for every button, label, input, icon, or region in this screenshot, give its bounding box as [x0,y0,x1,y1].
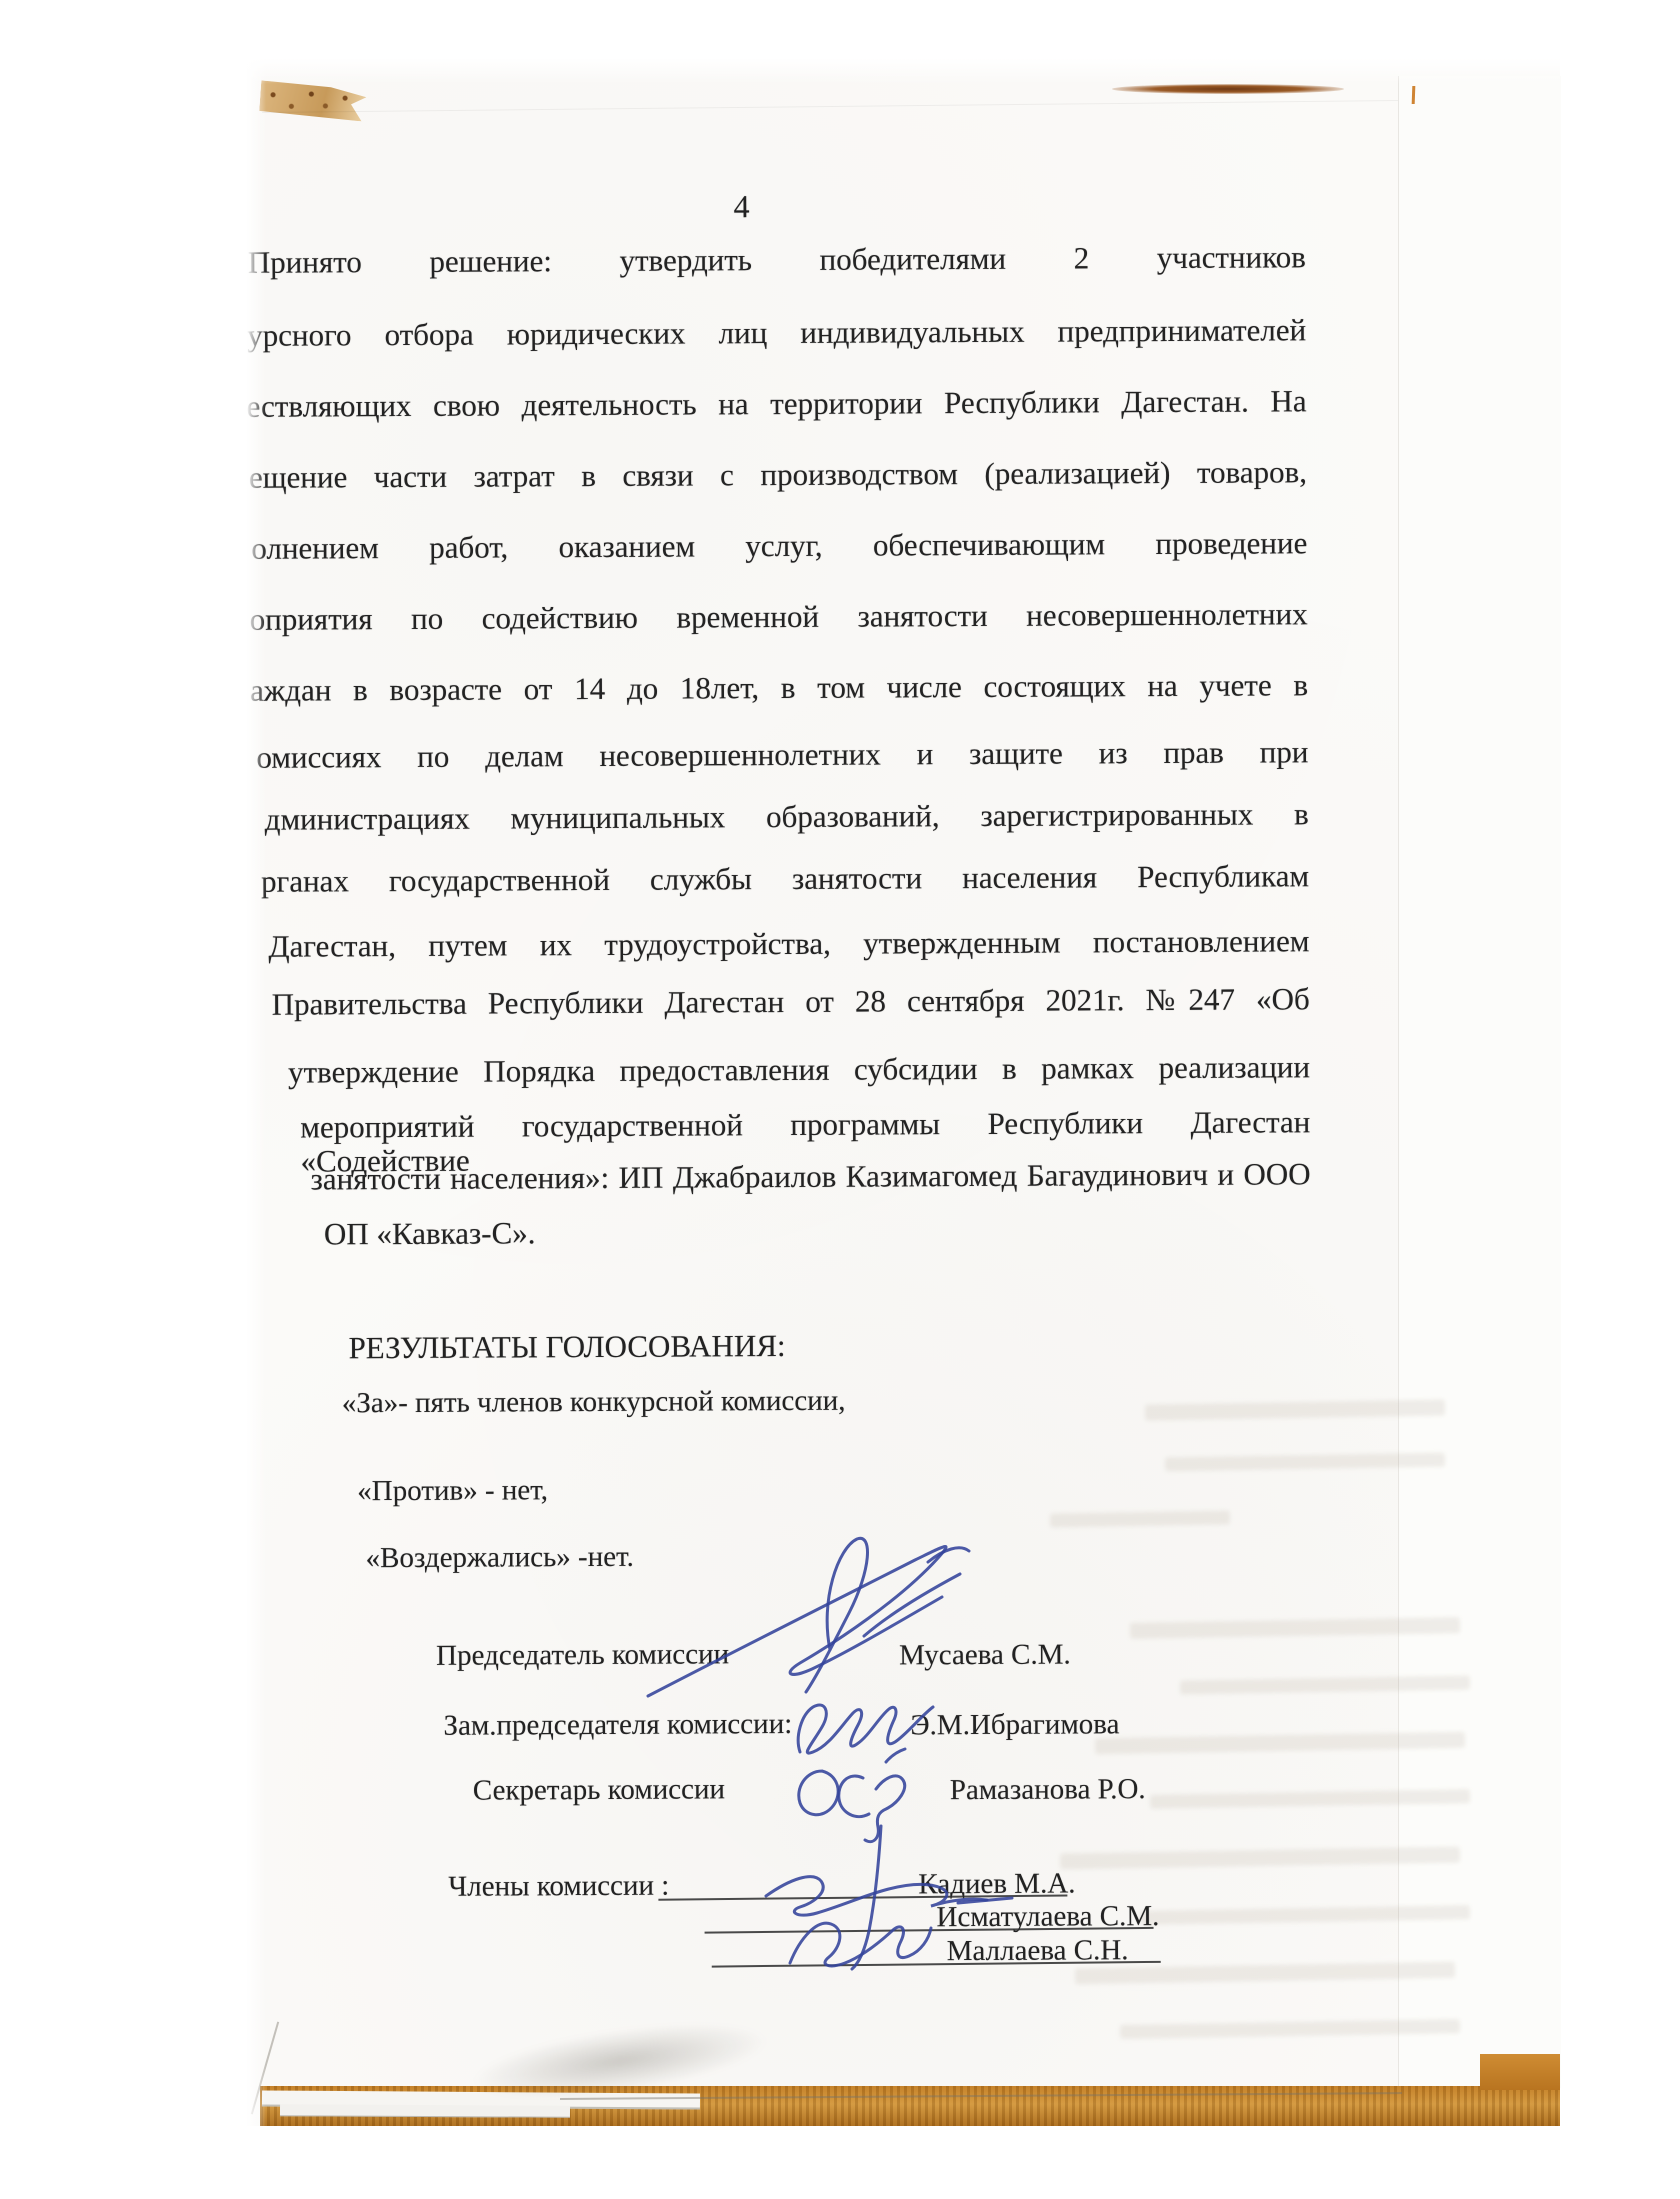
paragraph-line: Правительства Республики Дагестан от 28 … [272,982,1310,1021]
voting-results-heading: РЕЗУЛЬТАТЫ ГОЛОСОВАНИЯ: [348,1328,785,1366]
paragraph-line: урсного отбора юридических лиц индивидуа… [247,313,1306,353]
members-label: Члены комиссии : [448,1870,669,1904]
paragraph-line: дминистрациях муниципальных образований,… [265,797,1309,836]
paragraph-line: утверждение Порядка предоставления субси… [288,1050,1310,1089]
scanned-document-photo: 4 Принято решение: утвердить победителям… [246,58,1560,2126]
paragraph-line: занятости населения»: ИП Джабраилов Кази… [311,1157,1311,1196]
deputy-chairman-name: Э.М.Ибрагимова [910,1708,1119,1742]
paragraph-line: Принято решение: утвердить победителями … [248,240,1306,280]
page-number: 4 [721,188,761,225]
vote-against-line: «Против» - нет, [357,1474,548,1508]
paragraph-line: рганах государственной службы занятости … [261,859,1309,898]
paragraph-line: ОП «Кавказ-С». [324,1212,1324,1251]
paragraph-line: оприятия по содействию временной занятос… [250,597,1308,637]
paragraph-line: Дагестан, путем их трудоустройства, утве… [268,924,1309,963]
paragraph-line: аждан в возрасте от 14 до 18лет, в том ч… [250,668,1308,708]
secretary-name: Рамазанова Р.О. [950,1773,1146,1807]
photo-edge-fade [246,58,1560,84]
paragraph-line: ествляющих свою деятельность на территор… [246,384,1306,424]
chairman-label: Председатель комиссии [436,1638,729,1673]
vote-abstained-line: «Воздержались» -нет. [366,1541,634,1575]
vote-for-line: «За»- пять членов конкурсной комиссии, [342,1385,846,1421]
photo-edge-fade [246,58,266,2126]
secretary-label: Секретарь комиссии [473,1773,725,1807]
paragraph-line: омиссиях по делам несовершеннолетних и з… [256,735,1308,775]
document-text-layer: 4 Принято решение: утвердить победителям… [241,54,1566,2129]
paragraph-line: ещение части затрат в связи с производст… [249,455,1307,495]
chairman-name: Мусаева С.М. [899,1639,1071,1673]
paragraph-line: олнением работ, оказанием услуг, обеспеч… [251,526,1307,566]
deputy-chairman-label: Зам.председателя комиссии: [443,1708,792,1743]
